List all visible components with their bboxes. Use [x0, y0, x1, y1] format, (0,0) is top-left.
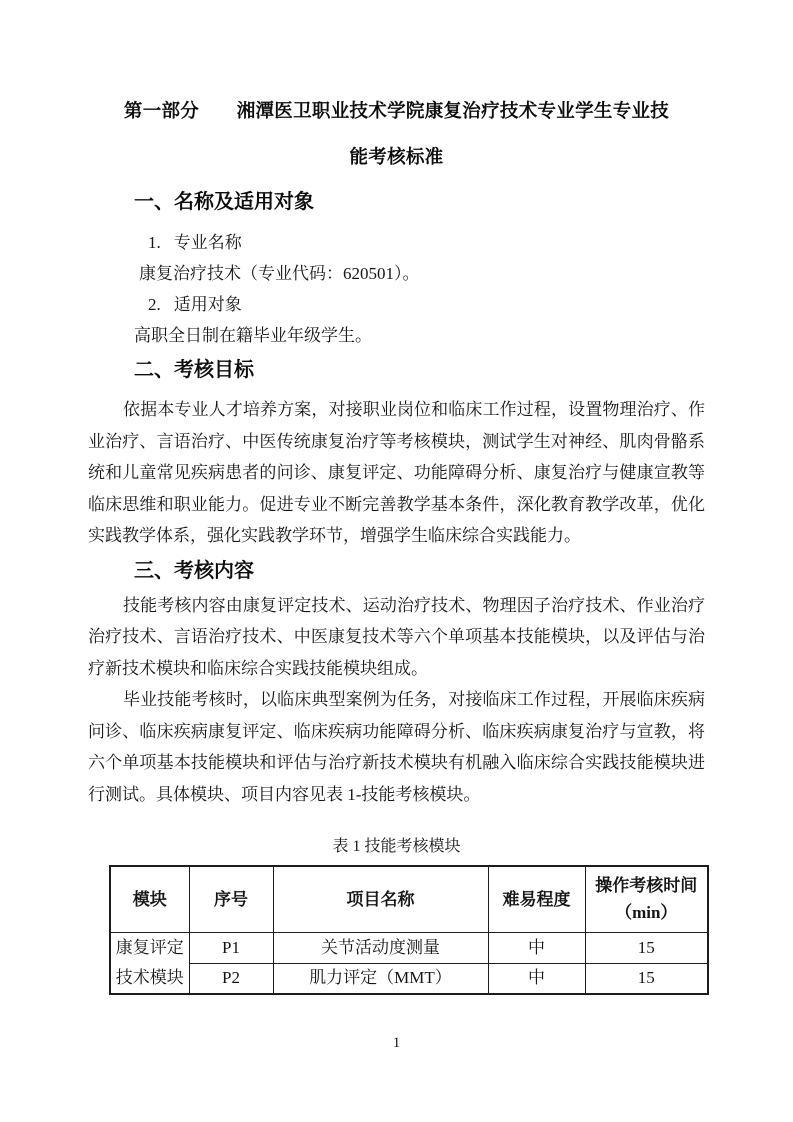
exam-time-cell: 15: [585, 963, 708, 994]
table-caption: 表 1 技能考核模块: [88, 836, 705, 858]
table-row: 康复评定技术模块 P1 关节活动度测量 中 15: [110, 932, 708, 963]
skills-assessment-modules-table: 模块 序号 项目名称 难易程度 操作考核时间（min） 康复评定技术模块 P1 …: [109, 865, 709, 995]
document-title-line1: 第一部分 湘潭医卫职业技术学院康复治疗技术专业学生专业技: [88, 88, 705, 134]
sequence-cell: P2: [189, 963, 273, 994]
list-item-label: 适用对象: [174, 295, 242, 314]
page-number: 1: [0, 1032, 793, 1054]
assessment-goals-paragraph: 依据本专业人才培养方案，对接职业岗位和临床工作过程，设置物理治疗、作业治疗、言语…: [88, 394, 705, 552]
document-title: 第一部分 湘潭医卫职业技术学院康复治疗技术专业学生专业技 能考核标准: [88, 88, 705, 180]
col-header-exam-time: 操作考核时间（min）: [585, 866, 708, 932]
assessment-content-paragraph-2: 毕业技能考核时，以临床典型案例为任务，对接临床工作过程，开展临床疾病问诊、临床疾…: [88, 684, 705, 810]
major-name-detail: 康复治疗技术（专业代码：620501）。: [139, 258, 705, 289]
sequence-cell: P1: [189, 932, 273, 963]
list-item-applicable-target: 2.适用对象: [148, 289, 705, 320]
exam-time-cell: 15: [585, 932, 708, 963]
difficulty-cell: 中: [488, 963, 585, 994]
col-header-project-name: 项目名称: [273, 866, 488, 932]
project-name-cell: 肌力评定（MMT）: [273, 963, 488, 994]
project-name-cell: 关节活动度测量: [273, 932, 488, 963]
document-page: 第一部分 湘潭医卫职业技术学院康复治疗技术专业学生专业技 能考核标准 一、名称及…: [0, 0, 793, 1122]
difficulty-cell: 中: [488, 932, 585, 963]
section-heading-names-and-targets: 一、名称及适用对象: [134, 190, 705, 214]
list-item-number: 2.: [148, 295, 161, 314]
table-row: P2 肌力评定（MMT） 中 15: [110, 963, 708, 994]
section-heading-assessment-goals: 二、考核目标: [134, 358, 705, 382]
col-header-difficulty: 难易程度: [488, 866, 585, 932]
list-item-label: 专业名称: [174, 233, 242, 252]
col-header-sequence: 序号: [189, 866, 273, 932]
assessment-content-paragraph-1: 技能考核内容由康复评定技术、运动治疗技术、物理因子治疗技术、作业治疗治疗技术、言…: [88, 590, 705, 685]
section-heading-assessment-content: 三、考核内容: [134, 559, 705, 583]
list-item-major-name: 1.专业名称: [148, 227, 705, 258]
table-header-row: 模块 序号 项目名称 难易程度 操作考核时间（min）: [110, 866, 708, 932]
applicable-target-detail: 高职全日制在籍毕业年级学生。: [134, 320, 705, 351]
list-item-number: 1.: [148, 233, 161, 252]
module-group-cell: 康复评定技术模块: [110, 932, 189, 994]
col-header-module: 模块: [110, 866, 189, 932]
document-title-line2: 能考核标准: [88, 134, 705, 180]
